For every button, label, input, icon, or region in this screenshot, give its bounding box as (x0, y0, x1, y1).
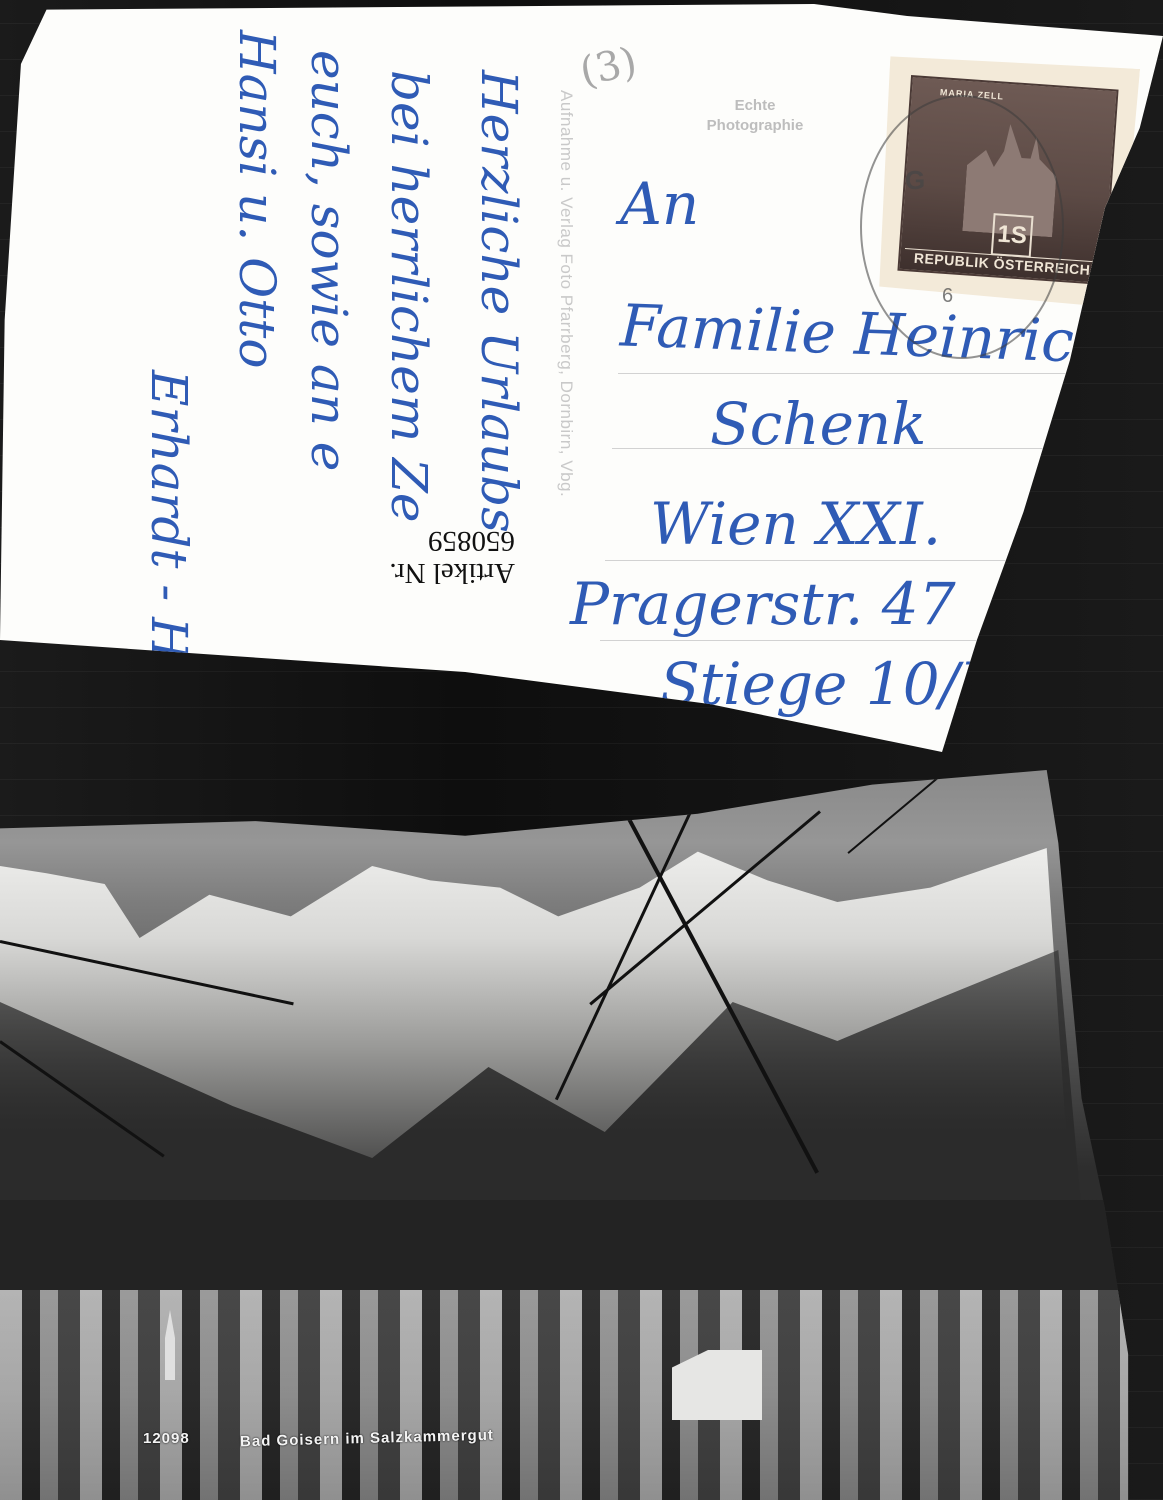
article-number-label: Artikel Nr. 650859 (340, 525, 515, 589)
message-line: bei herrlichem Ze (380, 70, 438, 523)
pencil-mark: (3) (576, 39, 641, 96)
photo-label: Echte Photographie (690, 96, 820, 136)
address-rule (600, 640, 1030, 641)
postmark-circle (860, 95, 1064, 359)
message-line: Herzliche Urlaubs (470, 70, 528, 533)
address-rule (605, 560, 1035, 561)
postcard-front-photo (0, 770, 1163, 1500)
address-line3: Wien XXI. (650, 490, 941, 558)
town-rooftops (0, 1290, 1163, 1500)
address-line4: Pragerstr. 47 (570, 570, 956, 638)
article-number: 650859 (340, 525, 515, 557)
photo-label-line1: Echte (690, 96, 820, 116)
address-salutation: An (620, 170, 699, 238)
address-line2: Schenk (710, 390, 926, 458)
publisher-credit: Aufnahme u. Verlag Foto Pfarrberg, Dornb… (556, 90, 576, 497)
postmark-text: G (905, 165, 925, 196)
photo-number: 12098 (143, 1430, 190, 1447)
postmark-date: 6 (942, 285, 953, 308)
article-label-text: Artikel Nr. (340, 557, 515, 589)
photo-label-line2: Photographie (690, 116, 820, 136)
tree-branch (847, 775, 940, 854)
message-line: euch, sowie an e (300, 50, 358, 471)
message-line: Hansi u. Otto (228, 30, 286, 368)
